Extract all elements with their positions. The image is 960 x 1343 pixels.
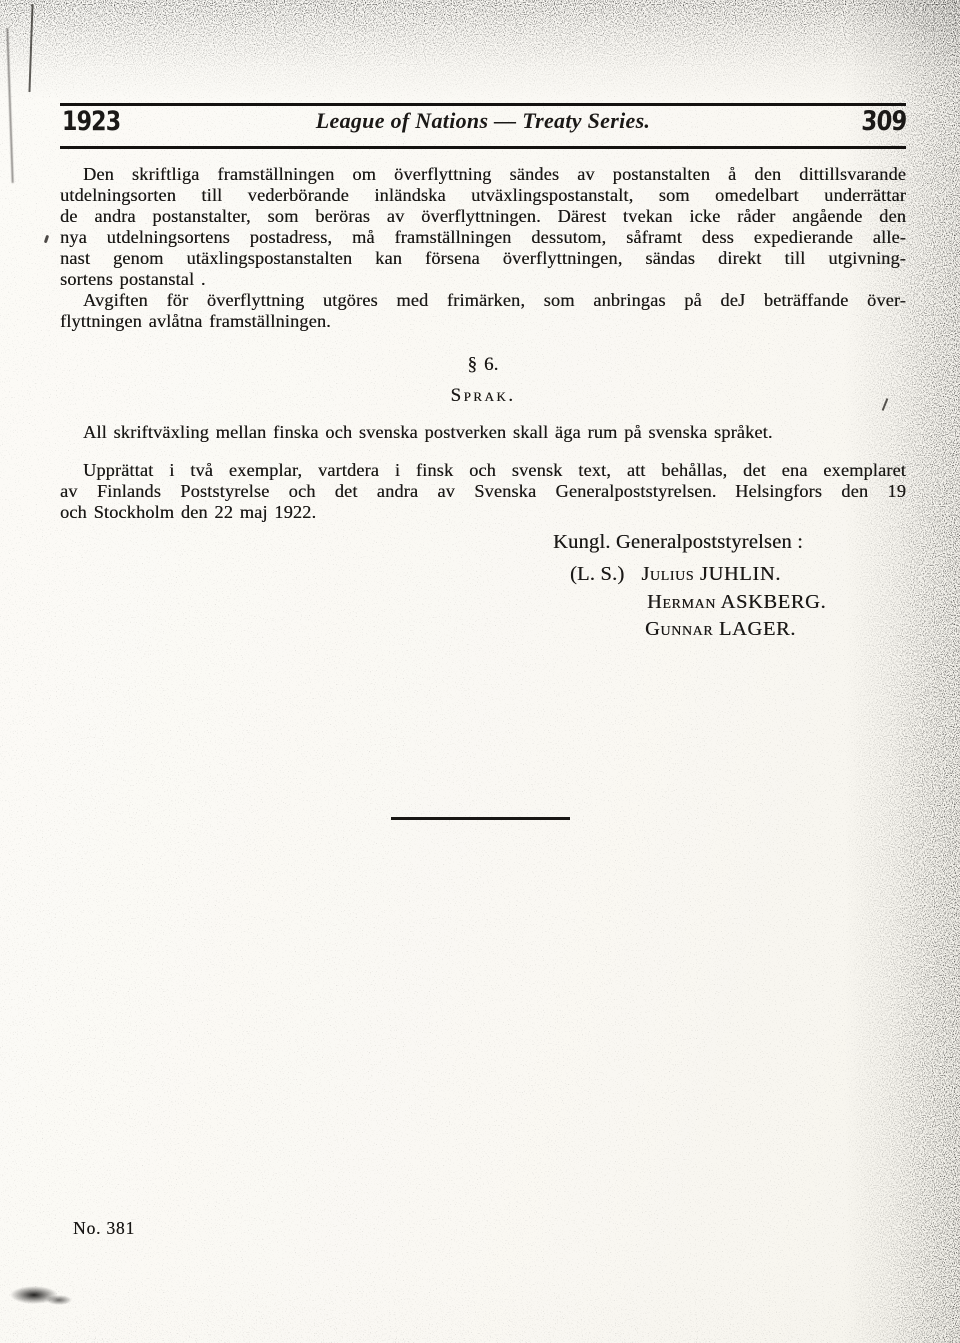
scan-blot-artifact <box>10 1286 58 1304</box>
text-line: sortens postanstal . <box>60 269 906 290</box>
paragraph-2: Avgiften för överflyttning utgöres med f… <box>60 290 906 332</box>
header-title: League of Nations — Treaty Series. <box>60 108 906 134</box>
text-line: utdelningsorten till vederbörande inländ… <box>60 185 906 206</box>
section-number: § 6. <box>60 354 906 375</box>
text-line: Avgiften för överflyttning utgöres med f… <box>60 290 906 311</box>
paragraph-1: Den skriftliga framställningen om överfl… <box>60 164 906 290</box>
scan-noise-top-band <box>0 0 960 100</box>
seal-notation: (L. S.) <box>570 562 624 586</box>
text-line: av Finlands Poststyrelse och det andra a… <box>60 481 906 502</box>
scan-noise-bottom-band <box>0 1263 960 1343</box>
text-line: Den skriftliga framställningen om överfl… <box>60 164 906 185</box>
text-line: nya utdelningsortens postadress, må fram… <box>60 227 906 248</box>
scan-streak-artifact <box>28 4 33 92</box>
header-rule-top <box>60 103 906 106</box>
signature-row: (L. S.) Julius JUHLIN. <box>570 562 781 586</box>
header-page-number: 309 <box>860 106 907 137</box>
text-line: de andra postanstalter, som beröras av ö… <box>60 206 906 227</box>
header-rule-bottom <box>60 146 906 149</box>
text-line: nast genom utäxlingspostanstalten kan fö… <box>60 248 906 269</box>
text-line: All skriftväxling mellan finska och sven… <box>60 422 906 443</box>
scan-streak-artifact <box>6 28 13 183</box>
signatory-name: Gunnar LAGER. <box>645 617 796 641</box>
paragraph-4: Upprättat i två exemplar, vartdera i fin… <box>60 460 906 523</box>
treaty-number: No. 381 <box>73 1218 135 1239</box>
scan-blot-artifact <box>46 1295 72 1305</box>
section-heading: Sprak. <box>60 385 906 406</box>
body-text-column: Den skriftliga framställningen om överfl… <box>60 164 906 523</box>
signatory-name: Julius JUHLIN. <box>641 562 781 586</box>
paragraph-3: All skriftväxling mellan finska och sven… <box>60 422 906 443</box>
separator-rule <box>391 817 570 820</box>
text-line: flyttningen avlåtna framställningen. <box>60 311 906 332</box>
signature-organization: Kungl. Generalpoststyrelsen : <box>553 530 803 554</box>
scan-speck-artifact <box>44 235 49 243</box>
scanned-treaty-page: 1923 League of Nations — Treaty Series. … <box>0 0 960 1343</box>
signatory-name: Herman ASKBERG. <box>647 590 826 614</box>
text-line: och Stockholm den 22 maj 1922. <box>60 502 906 523</box>
text-line: Upprättat i två exemplar, vartdera i fin… <box>60 460 906 481</box>
